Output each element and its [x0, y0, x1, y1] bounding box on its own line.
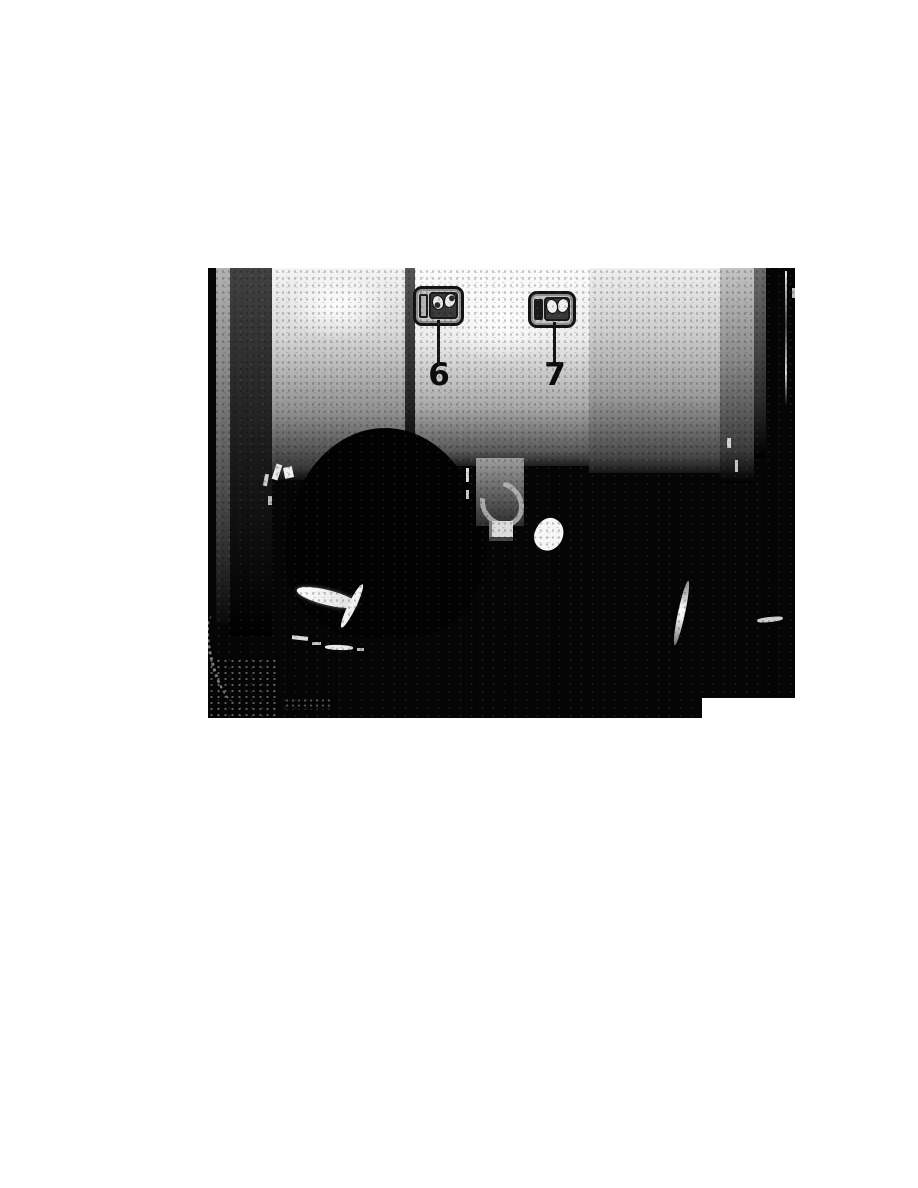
right-curved-streak — [671, 580, 692, 646]
right-edge-stripe — [754, 268, 766, 458]
manual-page: { "figure": { "callouts": [ { "label": "… — [0, 0, 918, 1188]
highlight-dash — [357, 648, 364, 651]
right-edge-highlight-line — [785, 271, 787, 406]
left-panel-glow — [282, 270, 392, 340]
left-pillar-highlight — [216, 268, 230, 623]
callout-7-label: 7 — [538, 360, 572, 391]
connector-7-two-pin-icon — [528, 291, 576, 328]
connector-pin-icon — [555, 297, 570, 314]
right-edge-highlight-dot — [792, 288, 795, 298]
connector-bracket — [419, 294, 428, 318]
left-pillar-band — [230, 268, 272, 636]
speck-highlight — [466, 490, 469, 499]
connector-body — [429, 292, 458, 319]
white-blob-highlight — [528, 513, 569, 556]
speck-highlight — [466, 468, 469, 482]
speck-highlight — [735, 460, 738, 472]
highlight-dash — [292, 635, 308, 641]
scanned-photo-figure: 6 7 — [208, 268, 795, 718]
highlight-dash — [312, 642, 321, 645]
bottom-left-speckle-cluster — [208, 658, 278, 716]
center-bright-tab — [489, 521, 513, 541]
speck-highlight — [727, 438, 731, 448]
connector-bracket — [534, 299, 543, 320]
connector-pin-icon — [442, 292, 458, 310]
callout-6-label: 6 — [422, 360, 456, 391]
bottom-edge-speckle-row — [284, 698, 330, 710]
speck-highlight — [268, 496, 272, 505]
right-highlight-dash — [757, 616, 783, 624]
highlight-dash — [325, 645, 353, 651]
right-pillar-band — [720, 268, 754, 483]
scan-step-notch — [702, 698, 795, 718]
connector-body — [544, 297, 570, 321]
right-light-panel — [589, 268, 720, 473]
